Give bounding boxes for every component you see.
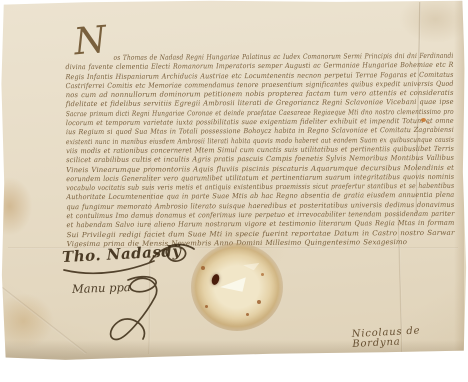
seal-wax-spot [210, 273, 220, 286]
seal-rust-speck [201, 266, 205, 270]
seal-stain [191, 243, 283, 331]
ink-fleck [421, 118, 426, 122]
manuscript-line: os Thomas de Nadasd Regni Hungariae Pala… [65, 43, 453, 55]
seal-paper-fleck [219, 277, 248, 295]
signature-manu-propria: Manu ppa [72, 282, 131, 296]
right-edge-shading [454, 0, 464, 356]
manuscript-text-block: os Thomas de Nadasd Regni Hungariae Pala… [65, 43, 454, 241]
seal-paper-fleck [243, 261, 260, 271]
seal-rust-speck [261, 273, 264, 276]
countersignature: Nicolaus de Bordyna [352, 324, 468, 350]
manuscript-photo: N os Thomas de Nadasd Regni Hungariae Pa… [0, 0, 468, 382]
seal-rust-speck [257, 300, 261, 304]
seal-rust-speck [246, 313, 249, 316]
seal-rust-speck [205, 305, 208, 308]
parchment: N os Thomas de Nadasd Regni Hungariae Pa… [0, 0, 468, 382]
